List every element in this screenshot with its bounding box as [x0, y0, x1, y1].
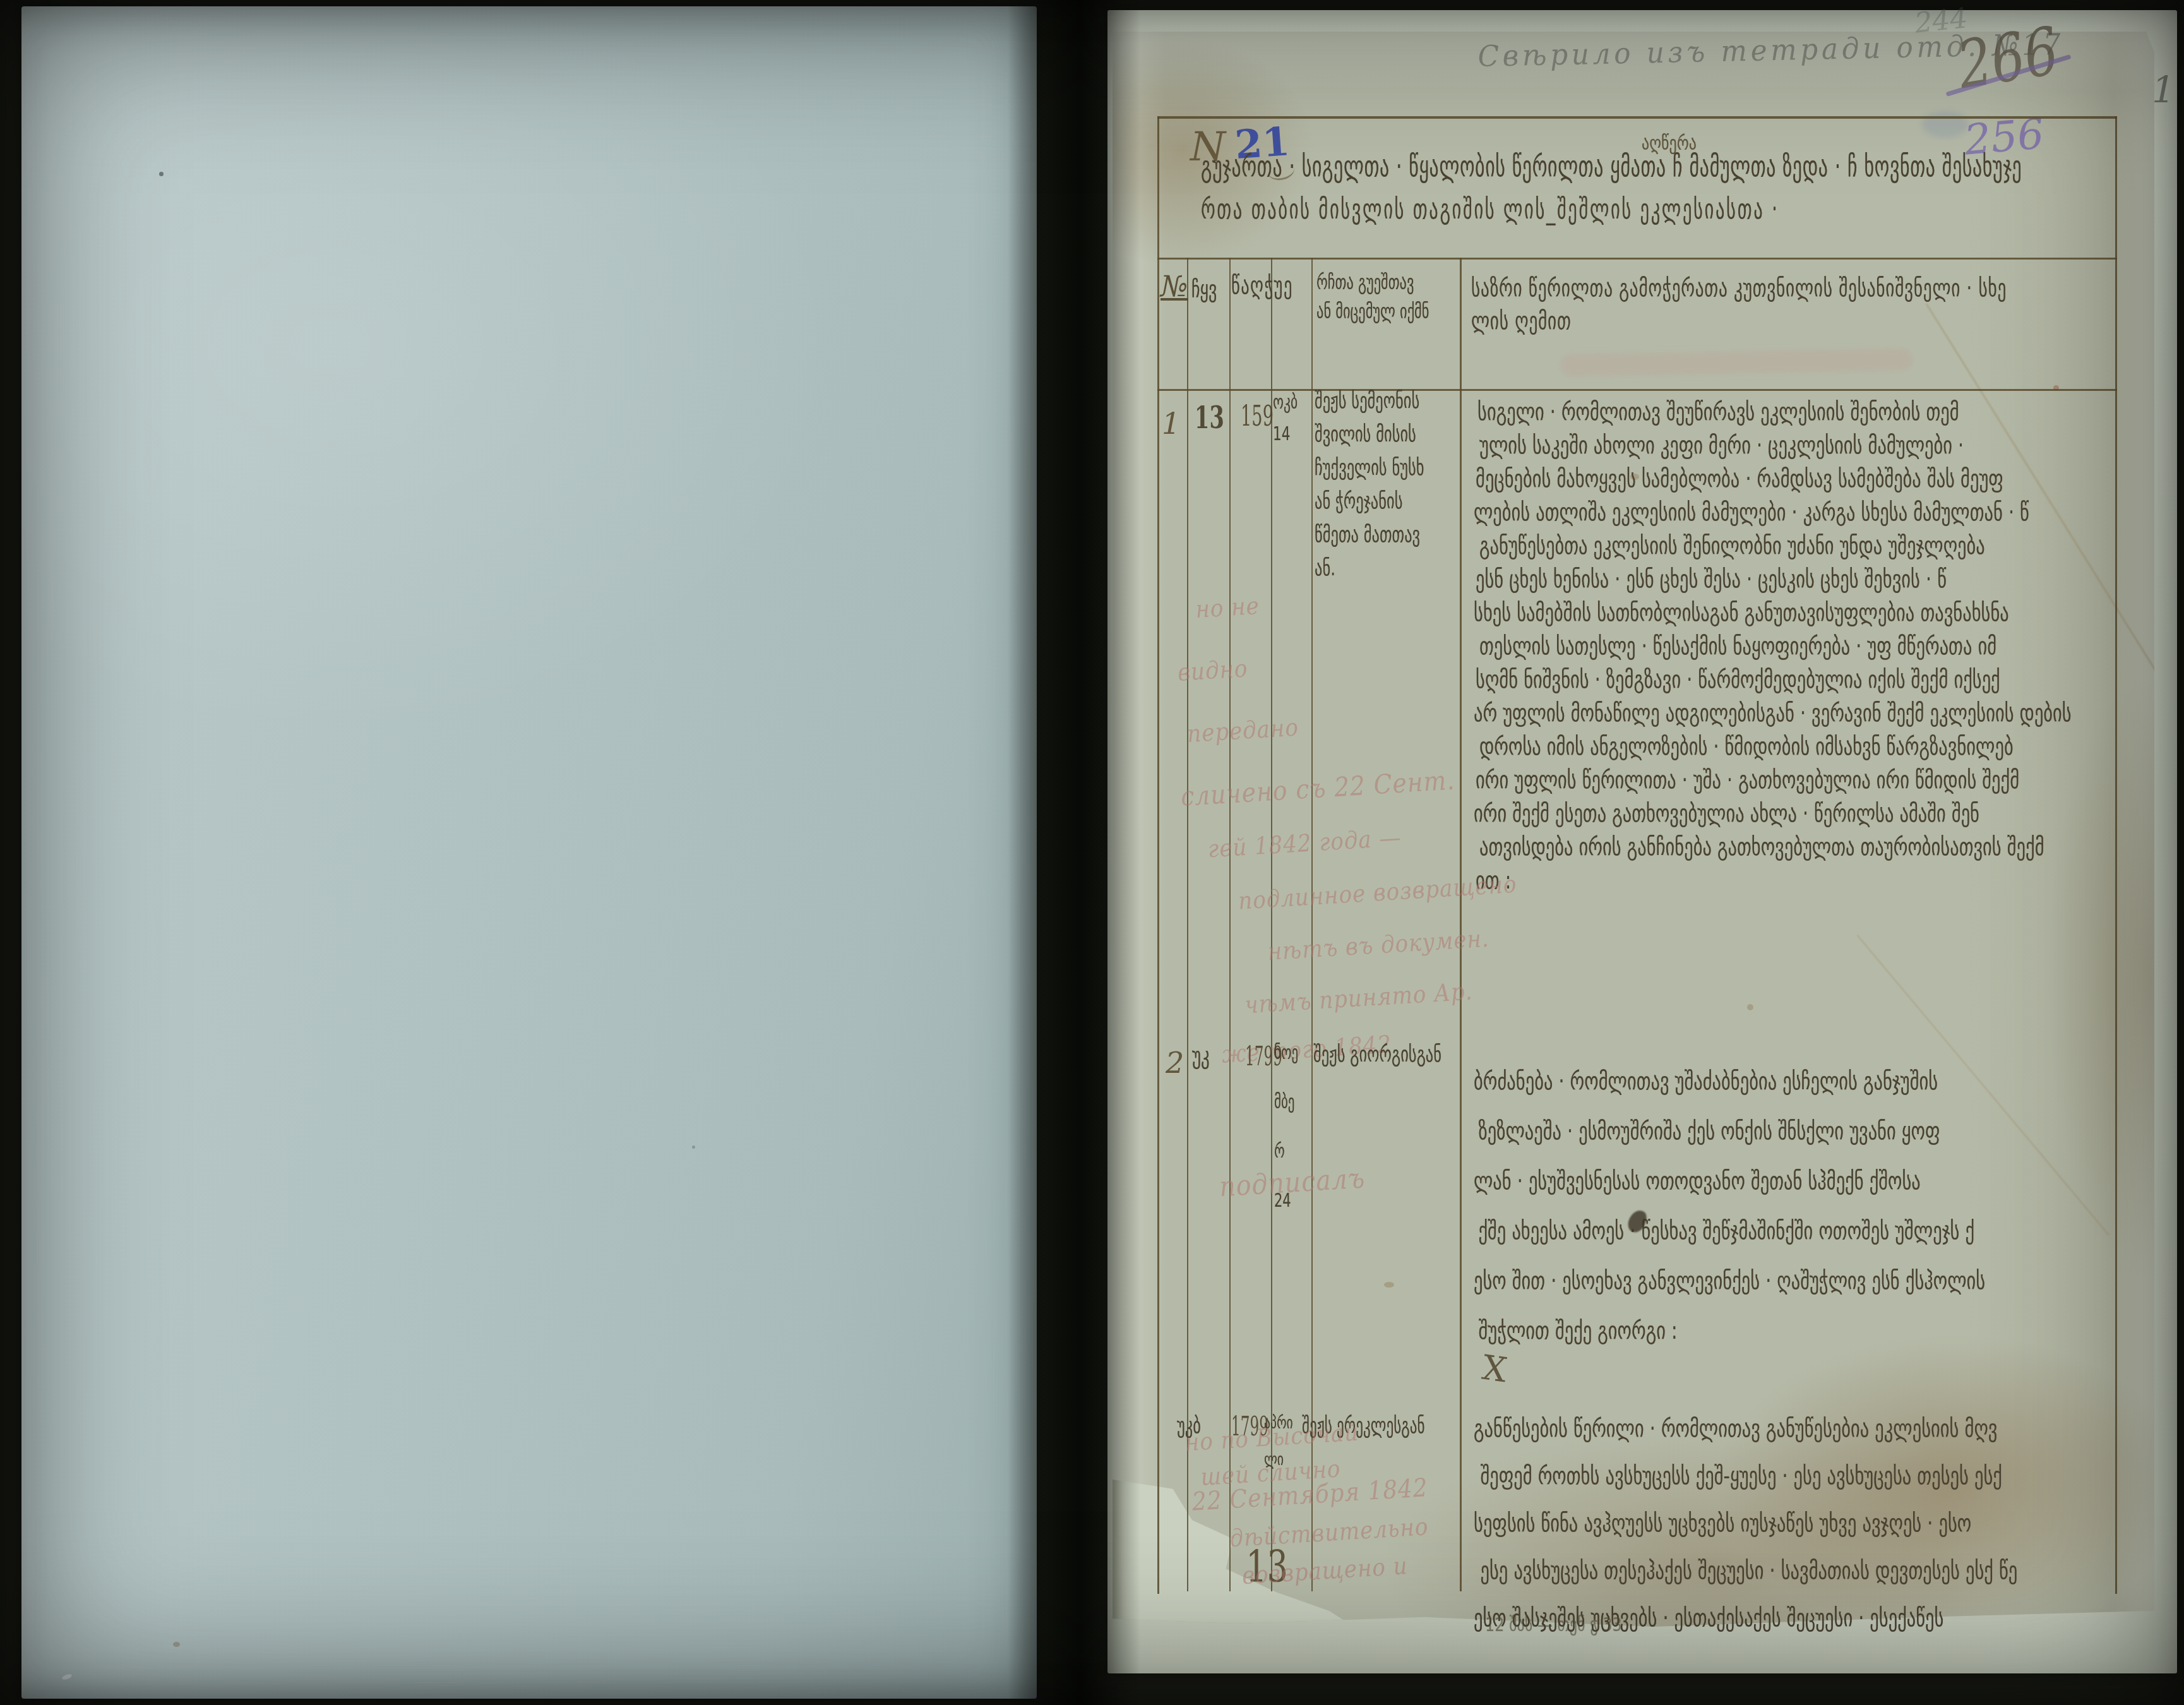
text-line: ესე ავსხუცესა თესეჰაქეს შეცუესი · სავმათ… [1481, 1557, 2018, 1604]
red-note-line: дѣйствительно [1229, 1512, 1429, 1552]
table-border-right [2115, 116, 2117, 1594]
grantor-line: წმეთა მათთავ [1315, 522, 1424, 556]
text-line: ქშე ახეესა ამოეს · წესხავ შეწჯმაშინქში ო… [1479, 1217, 1986, 1267]
header-column-3: რჩთა გუეშთავან მიცემულ იქმნ [1316, 270, 1429, 328]
text-line: თესლის სათესლე · წესაქმის ნაყოფიერება · … [1479, 632, 2072, 666]
row2-number: 2 [1166, 1046, 1184, 1080]
red-note-line: подлинное возвращено [1238, 870, 1518, 915]
register-title-line-1: გუჯართა · სიგელთა · წყალობის წერილთა ყმა… [1201, 149, 2022, 183]
row1-chronicle-value: 13 [1195, 400, 1224, 436]
row1-grantor: შეჟს სემეონისშვილის მისისჩუქველის ნუსხან… [1315, 388, 1424, 589]
row1-year: 159 [1241, 400, 1274, 433]
text-line: ესნ ცხეს ხენისა · ესნ ცხეს შესა · ცესკის… [1476, 565, 2072, 599]
date-line: მბე [1274, 1091, 1298, 1140]
row2-chronicle-value: უკ [1192, 1043, 1210, 1069]
register-title-line-2: რთა თაბის მისვლის თაგიშის ლის_შეშლის ეკლ… [1201, 193, 1779, 225]
row1-entry-text: სიგელი · რომლითავ შეუწირავს ეკლესიის შენ… [1474, 398, 2072, 900]
row1-red-annotation: но невиднопереданосличено съ 22 Сент.гей… [1167, 578, 1512, 1228]
text-line: მეცნების მახოყვეს სამებლობა · რამდსავ სა… [1476, 465, 2072, 498]
row1-date: ოკბ14 [1273, 392, 1298, 455]
header-line: ან მიცემულ იქმნ [1316, 299, 1429, 328]
header-column-1: ჩყვ [1191, 277, 1217, 302]
header-line: ლის ღემით [1471, 307, 2007, 340]
header-main-column: საზრი წერილთა გამოჭერათა კუთვნილის შესან… [1471, 274, 2007, 340]
red-note-line: чѣмъ принято Ар. [1244, 977, 1474, 1019]
red-note-line: нѣтъ въ докумен. [1267, 924, 1489, 966]
text-line: განწესების წერილი · რომლითავ განუწესებია… [1474, 1415, 2017, 1462]
ink-smudge [1922, 111, 1969, 138]
text-line: ლების ათლიშა ეკლესიის მამულები · კარგა ს… [1474, 498, 2072, 532]
table-border-left [1157, 116, 1159, 1594]
red-note-line: возвращено и [1241, 1552, 1409, 1589]
text-line: ირი შექმ ესეთა გათხოვებულია ახლა · წერილ… [1474, 799, 2072, 833]
header-line: საზრი წერილთა გამოჭერათა კუთვნილის შესან… [1471, 274, 2007, 307]
text-line: ესო შით · ესოეხავ განვლევინქეს · ღაშუჭლი… [1474, 1267, 1985, 1317]
red-note-line: сличено съ 22 Сент. [1180, 765, 1456, 812]
row3-faint-fragment: 12 შას — თენ ჭ 33 [1485, 1614, 1622, 1636]
text-line: სიგელი · რომლითავ შეუწირავს ეკლესიის შენ… [1477, 398, 2072, 431]
text-line: ლან · ესუშვესნესას ოთოდვანო შეთან სჰმექნ… [1474, 1167, 1985, 1217]
text-line: დროსა იმის ანგელოზების · წმიდობის იმსახვ… [1479, 733, 2072, 766]
corner-folio-number: 1 [2152, 68, 2175, 111]
grantor-line: ჩუქველის ნუსხ [1315, 455, 1424, 489]
grantor-line: შვილის მისის [1315, 422, 1424, 455]
text-line: სეფსის წინა ავჰღუესს უცხვებს იუსჯაწეს უხ… [1474, 1509, 2017, 1557]
text-line: განუწესებთა ეკლესიის შენილობნი უძანი უნდ… [1479, 532, 2072, 565]
text-line: ბრძანება · რომლითავ უშაძაბნებია ესჩელის … [1474, 1067, 1985, 1117]
text-line: ათვისდება ირის განჩინება გათხოვებულთა თა… [1479, 833, 2072, 866]
row2-grantor: შეჟს გიორგისგან [1313, 1042, 1441, 1067]
red-note-line: но по Высочай [1184, 1418, 1359, 1457]
header-line: რჩთა გუეშთავ [1316, 270, 1429, 299]
text-line: შუჭლით შექე გიორგი : [1479, 1317, 1986, 1367]
red-note-line: видно [1177, 654, 1249, 686]
date-line: ოკბ [1273, 392, 1298, 423]
text-line: არ უფლის მონაწილე ადგილებისგან · ვერავინ… [1474, 699, 2072, 733]
row2-entry-text: ბრძანება · რომლითავ უშაძაბნებია ესჩელის … [1474, 1067, 1985, 1367]
text-line: სღმნ ნიშვნის · ზემგზავი · წარმოქმედებული… [1476, 666, 2072, 699]
red-note-line: передано [1186, 714, 1299, 748]
date-line: 14 [1273, 423, 1298, 455]
date-line: ნოე [1274, 1042, 1298, 1091]
grantor-line: შეჟს გიორგისგან [1313, 1042, 1441, 1067]
red-note-line: но не [1195, 592, 1260, 623]
grantor-line: შეჟს სემეონის [1315, 388, 1424, 422]
row1-number: 1 [1162, 407, 1180, 441]
text-line: ზეზლაეშა · ესმოუშრიშა ქეს ონქის შნსქლი უ… [1479, 1117, 1986, 1167]
text-line: შეფემ როთხს ავსხუცესს ქეშ-ყუესე · ესე ავ… [1481, 1462, 2018, 1509]
header-no-column: № [1161, 269, 1188, 303]
table-header-bottom-rule [1157, 389, 2117, 391]
text-line: ირი უფლის წერილითა · უშა · გათხოვებულია … [1476, 766, 2072, 799]
ink-layer: Свѣрило изъ тетради отд. №17 244 266 256… [0, 0, 2184, 1705]
text-line: ულის საკეში ახოლი კეფი მერი · ცეკლესიის … [1479, 431, 2072, 465]
cross-mark: X [1480, 1348, 1510, 1391]
text-line: ით : [1476, 866, 2072, 900]
red-ink-smudge [1560, 348, 1914, 377]
red-note-line: гей 1842 года — [1207, 823, 1402, 863]
row2-date: ნოემბერ24 [1274, 1042, 1298, 1239]
row3-red-annotation: но по Высочайшей слично22 Сентября 1842д… [1183, 1407, 1489, 1614]
text-line: სხეს სამებშის სათნობლისაგან განუთავისუფლ… [1474, 599, 2072, 632]
date-line: 24 [1274, 1190, 1298, 1239]
table-border-top [1157, 116, 2117, 119]
folio-number-old: 266 [1952, 12, 2063, 104]
date-line: რ [1274, 1140, 1298, 1190]
table-header-top-rule [1157, 258, 2117, 260]
header-column-2: წაღჭუე [1231, 272, 1293, 299]
grantor-line: ან ჭრეჯანის [1315, 489, 1424, 522]
